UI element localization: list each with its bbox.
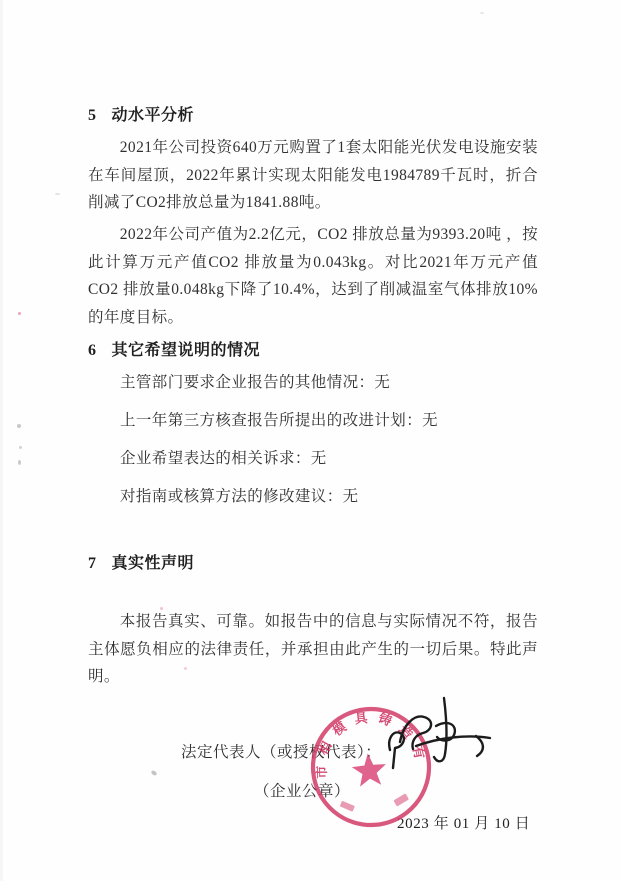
section-7-paragraph: 本报告真实、可靠。如报告中的信息与实际情况不符，报告主体愿负相应的法律责任，并承… [88,608,538,691]
signature-stroke [389,732,404,768]
section-7-number: 7 [88,555,97,573]
section-6-item-list: 主管部门要求企业报告的其他情况：无 上一年第三方核查报告所提出的改进计划：无 企… [120,371,540,523]
signature-stroke [434,698,447,761]
list-item: 上一年第三方核查报告所提出的改进计划：无 [120,409,540,432]
seal-arc-text: 市相模具铸造有限公司 [297,691,429,781]
section-5-paragraph-2: 2022年公司产值为2.2亿元，CO2 排放总量为9393.20吨 ，按此计算万… [88,221,538,331]
handwritten-signature [378,692,498,802]
section-5-title: 动水平分析 [112,107,195,124]
report-date: 2023 年 01 月 10 日 [397,812,530,833]
section-6-heading: 6其它希望说明的情况 [88,337,548,360]
signature-svg [378,692,498,802]
list-item: 对指南或核算方法的修改建议：无 [120,485,540,508]
seal-inner-mark [340,801,355,812]
company-seal-label: （企业公章） [254,779,350,801]
scan-speck [17,424,21,428]
section-7-heading: 7真实性声明 [88,550,548,573]
legal-representative-label: 法定代表人（或授权代表）： [181,740,381,762]
signature-stroke [416,736,490,746]
scan-speck [19,446,22,449]
list-item: 主管部门要求企业报告的其他情况：无 [120,371,540,394]
scan-speck [18,460,21,465]
scan-speck [184,667,187,670]
section-5-number: 5 [88,107,97,125]
scanned-document-page: 5动水平分析 2021年公司投资640万元购置了1套太阳能光伏发电设施安装在车间… [0,0,623,881]
scan-edge-shade [0,0,3,881]
signature-stroke [436,723,455,741]
scan-speck [150,770,157,777]
signature-stroke [476,736,483,756]
seal-ring [308,704,434,830]
list-item: 企业希望表达的相关诉求：无 [120,447,540,470]
section-5-heading: 5动水平分析 [88,102,548,125]
signature-stroke [400,717,431,749]
seal-inner-mark [393,793,409,806]
section-6-title: 其它希望说明的情况 [112,342,261,359]
section-5-paragraph-1: 2021年公司投资640万元购置了1套太阳能光伏发电设施安装在车间屋顶，2022… [88,134,538,217]
scan-speck [480,12,484,14]
section-6-number: 6 [88,342,97,360]
scan-speck [160,607,163,610]
section-7-title: 真实性声明 [112,555,195,572]
scan-speck [18,312,21,315]
scan-speck [55,193,60,195]
